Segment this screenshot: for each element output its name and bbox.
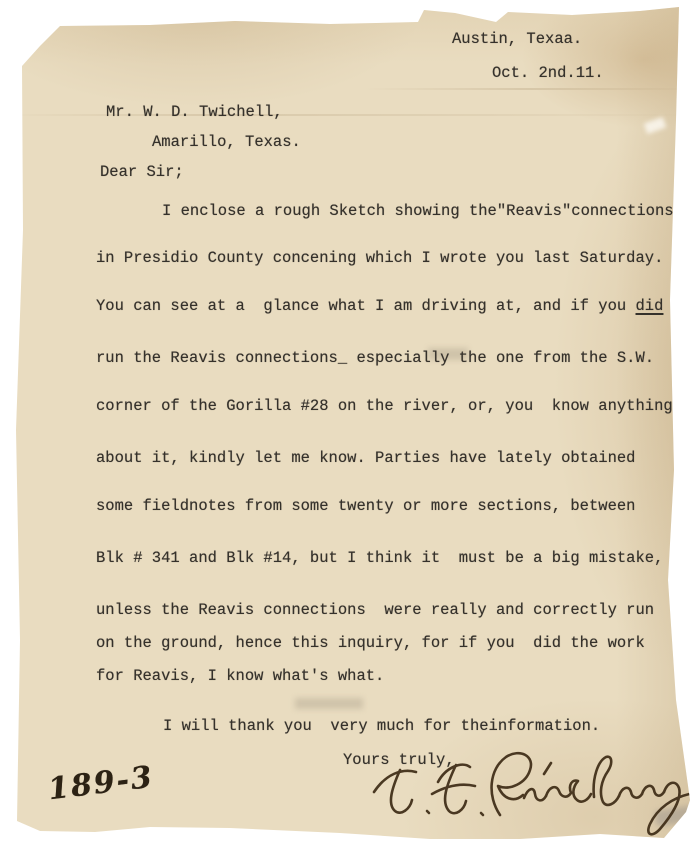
body-line-11: for Reavis, I know what's what. [96,667,384,685]
dateline-place: Austin, Texaa. [452,30,582,48]
body-line-6: about it, kindly let me know. Parties ha… [96,449,636,467]
body-line-9: unless the Reavis connections were reall… [96,601,654,619]
paper-crease [0,114,700,116]
body-line-10: on the ground, hence this inquiry, for i… [96,634,645,652]
body-line-2: in Presidio County concening which I wro… [96,249,663,267]
salutation: Dear Sir; [100,163,184,181]
scanned-letter-page: Austin, Texaa. Oct. 2nd.11. Mr. W. D. Tw… [0,0,700,851]
thanks-line: I will thank you very much for theinform… [163,717,600,735]
catalog-number-handwritten: 189-3 [46,760,155,808]
body-line-4: run the Reavis connections_ especially t… [96,349,654,367]
body-line-3-text: You can see at a glance what I am drivin… [96,297,636,315]
recipient-name: Mr. W. D. Twichell, [106,103,283,121]
paper-crease [364,88,700,90]
body-line-8: Blk # 341 and Blk #14, but I think it mu… [96,549,663,567]
underlined-word-did: did [636,297,664,315]
body-line-1: I enclose a rough Sketch showing the"Rea… [162,202,674,220]
recipient-city: Amarillo, Texas. [152,133,301,151]
body-line-7: some fieldnotes from some twenty or more… [96,497,636,515]
signature-handwriting [372,748,700,849]
body-line-3: You can see at a glance what I am drivin… [96,297,663,315]
letter-paper: Austin, Texaa. Oct. 2nd.11. Mr. W. D. Tw… [0,0,700,851]
dateline-date: Oct. 2nd.11. [492,64,604,82]
body-line-5: corner of the Gorilla #28 on the river, … [96,397,673,415]
ink-smudge [295,698,363,709]
paper-scratch [644,117,667,134]
